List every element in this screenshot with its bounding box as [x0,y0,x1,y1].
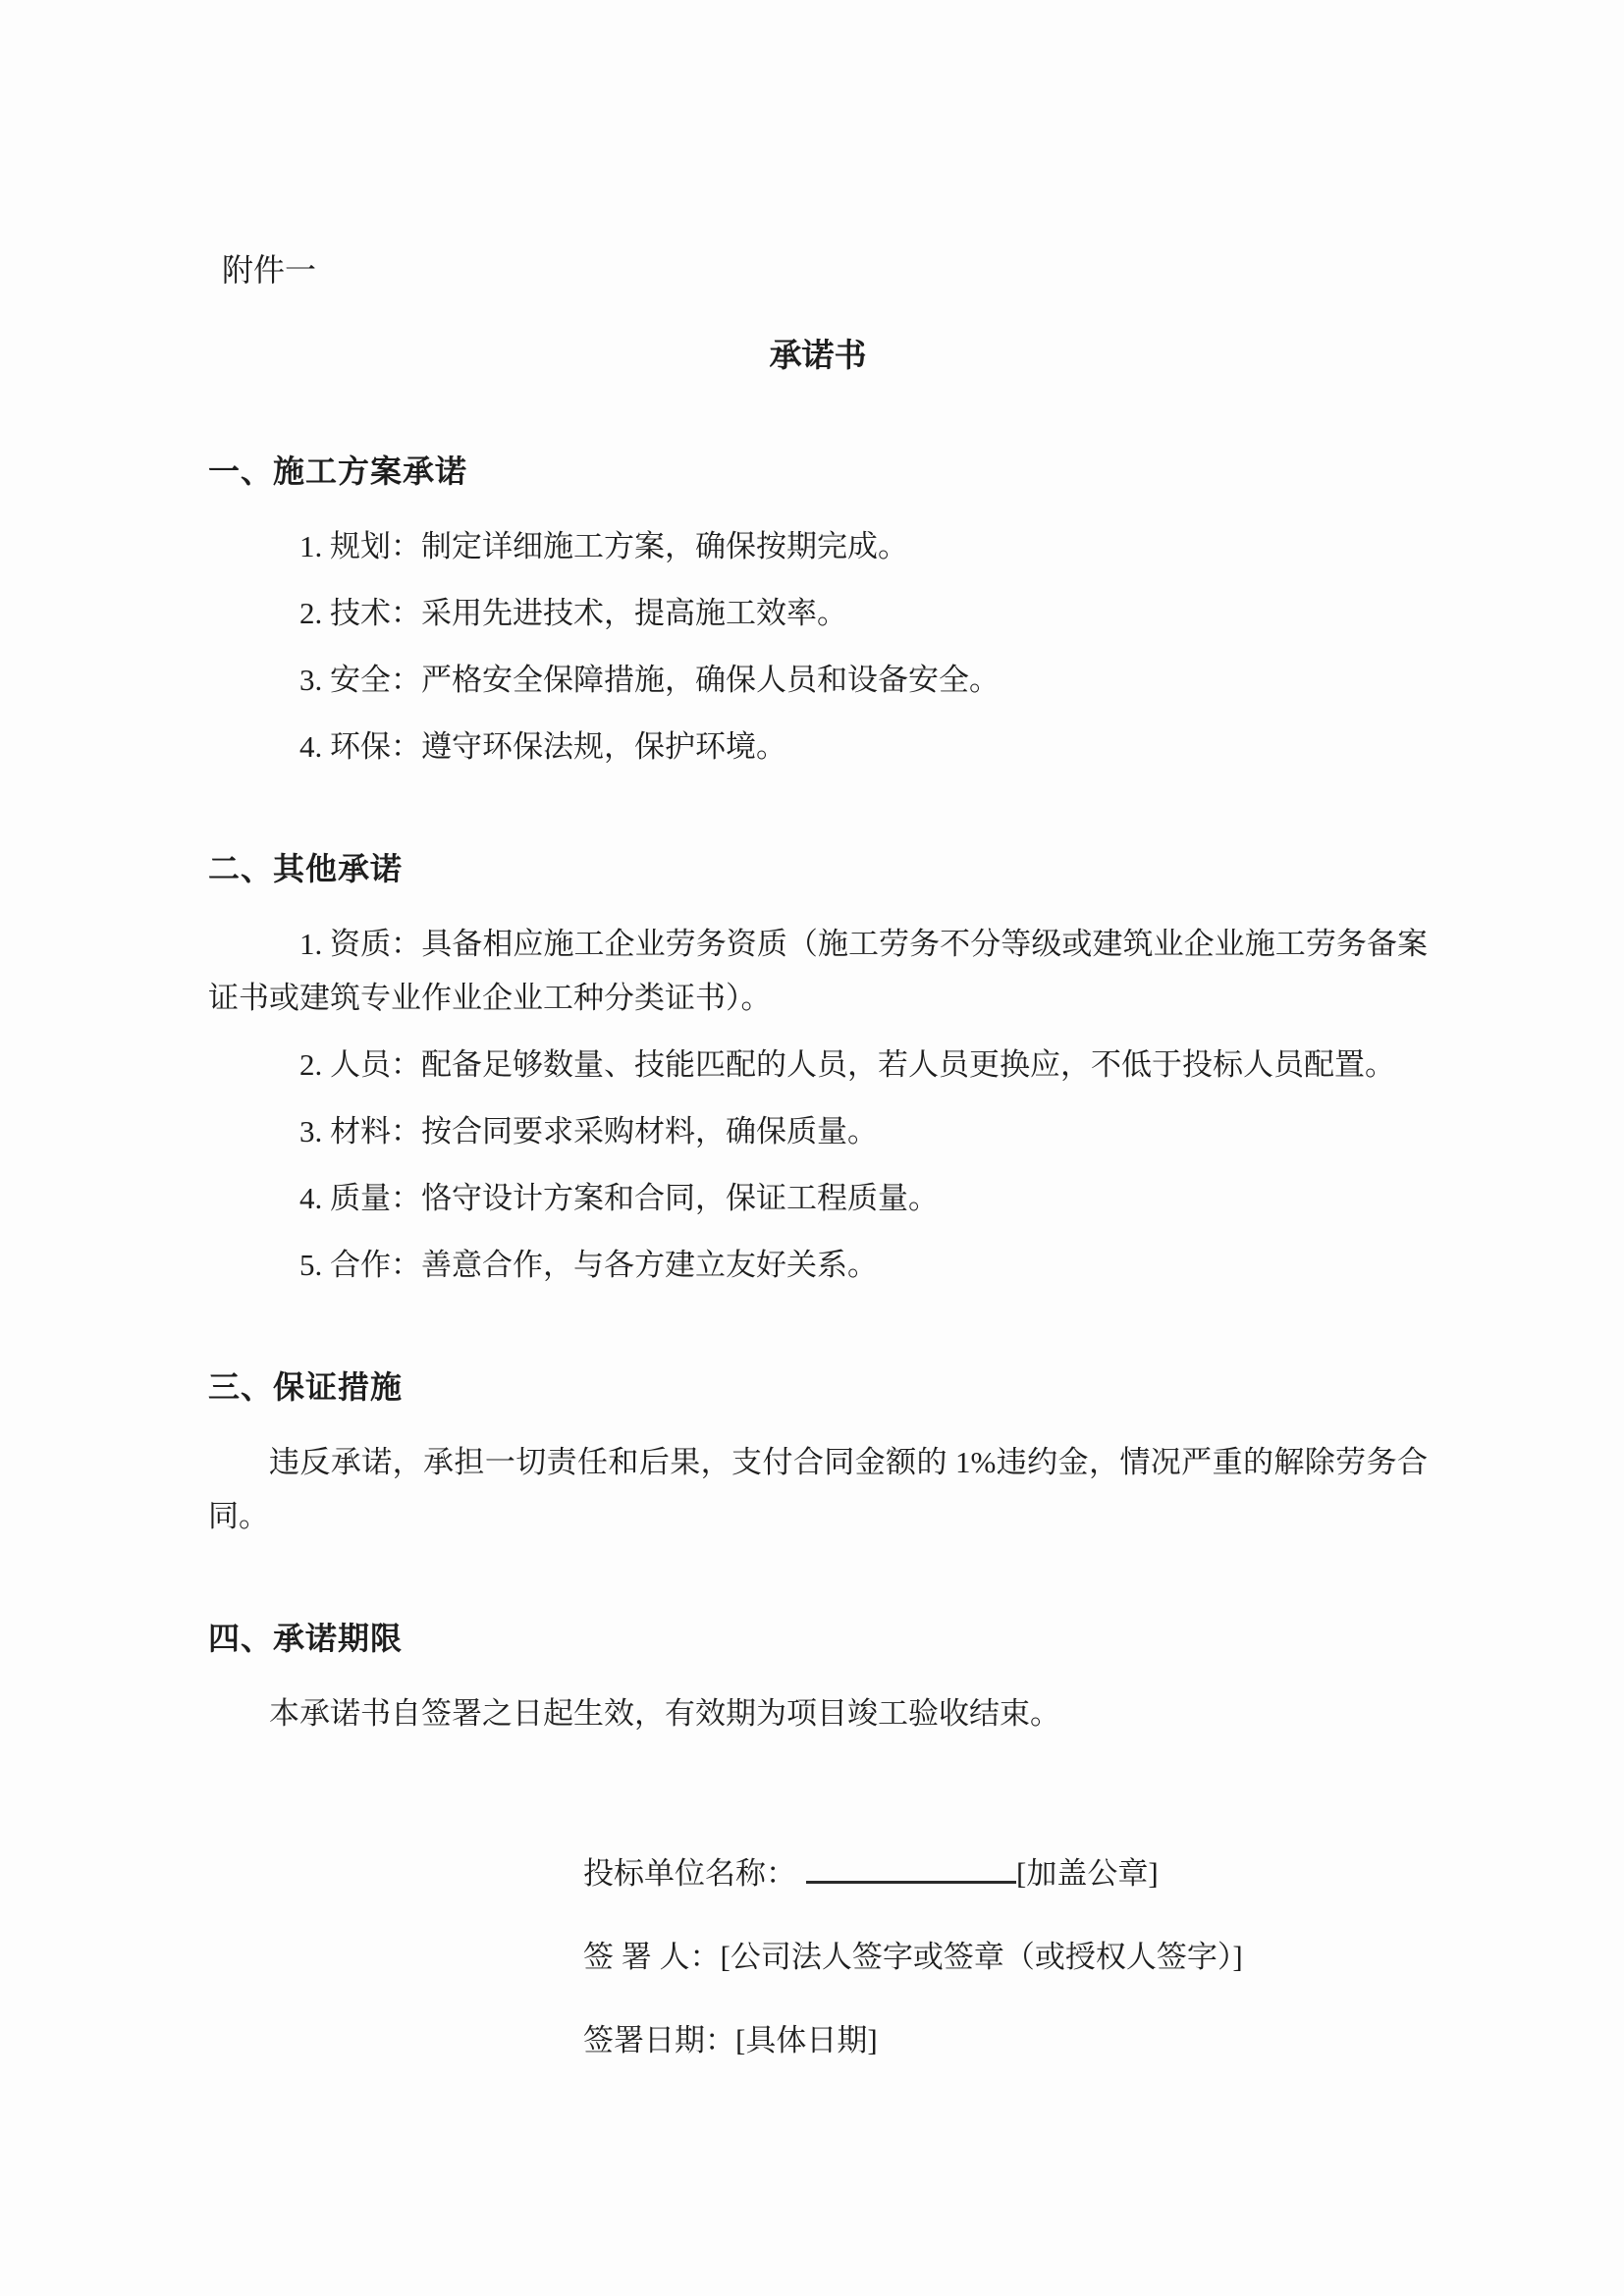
list-item: 3. 材料：按合同要求采购材料，确保质量。 [208,1104,1428,1158]
signer-placeholder: [公司法人签字或签章（或授权人签字）] [721,1940,1243,1974]
list-item: 5. 合作：善意合作，与各方建立友好关系。 [208,1238,1428,1292]
signature-block: 投标单位名称：[加盖公章] 签 署 人：[公司法人签字或签章（或授权人签字）] … [583,1848,1428,2066]
list-item: 2. 人员：配备足够数量、技能匹配的人员，若人员更换应，不低于投标人员配置。 [208,1038,1428,1092]
signature-unit-line: 投标单位名称：[加盖公章] [583,1848,1428,1899]
section-other-commitments: 二、其他承诺 1. 资质：具备相应施工企业劳务资质（施工劳务不分等级或建筑业企业… [208,844,1428,1292]
signature-signer-line: 签 署 人：[公司法人签字或签章（或授权人签字）] [583,1932,1428,1983]
list-item: 3. 安全：严格安全保障措施，确保人员和设备安全。 [208,653,1428,707]
list-item: 1. 资质：具备相应施工企业劳务资质（施工劳务不分等级或建筑业企业施工劳务备案证… [208,917,1428,1025]
section-3-paragraph: 违反承诺，承担一切责任和后果，支付合同金额的 1%违约金，情况严重的解除劳务合同… [208,1435,1428,1543]
attachment-label: 附件一 [222,245,1428,291]
section-3-heading: 三、保证措施 [208,1362,1428,1408]
section-guarantee-measures: 三、保证措施 违反承诺，承担一切责任和后果，支付合同金额的 1%违约金，情况严重… [208,1362,1428,1543]
bidder-unit-name-label: 投标单位名称： [583,1856,796,1891]
seal-note: [加盖公章] [1016,1856,1159,1891]
document-title: 承诺书 [208,330,1428,376]
section-commitment-period: 四、承诺期限 本承诺书自签署之日起生效，有效期为项目竣工验收结束。 [208,1614,1428,1740]
list-item: 4. 质量：恪守设计方案和合同，保证工程质量。 [208,1171,1428,1225]
list-item: 4. 环保：遵守环保法规，保护环境。 [208,720,1428,774]
section-4-paragraph: 本承诺书自签署之日起生效，有效期为项目竣工验收结束。 [208,1686,1428,1740]
sign-date-placeholder: [具体日期] [735,2023,878,2057]
unit-name-blank-underline [806,1851,1016,1884]
sign-date-label: 签署日期： [583,2023,735,2057]
section-4-heading: 四、承诺期限 [208,1614,1428,1659]
signer-label: 签 署 人： [583,1940,721,1974]
section-1-heading: 一、施工方案承诺 [208,447,1428,492]
section-construction-plan: 一、施工方案承诺 1. 规划：制定详细施工方案，确保按期完成。 2. 技术：采用… [208,447,1428,774]
list-item: 1. 规划：制定详细施工方案，确保按期完成。 [208,519,1428,573]
signature-date-line: 签署日期：[具体日期] [583,2015,1428,2066]
document-page: 附件一 承诺书 一、施工方案承诺 1. 规划：制定详细施工方案，确保按期完成。 … [0,0,1624,2296]
section-2-heading: 二、其他承诺 [208,844,1428,889]
list-item: 2. 技术：采用先进技术，提高施工效率。 [208,586,1428,640]
